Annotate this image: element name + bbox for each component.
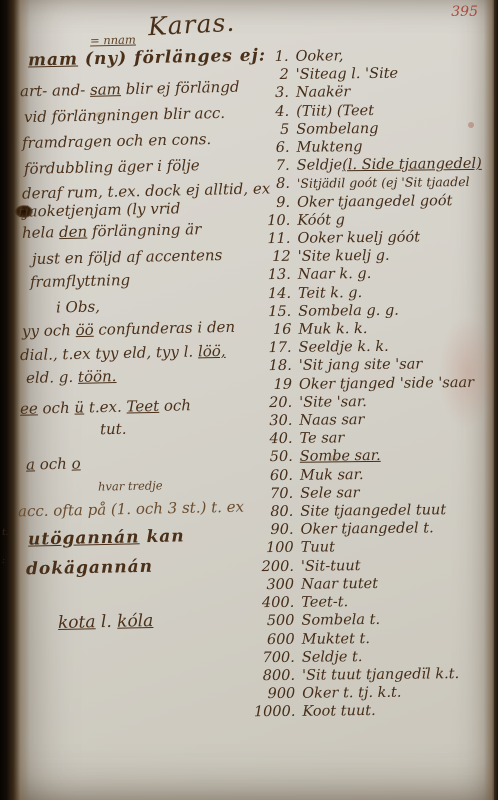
note-text: ü [74, 398, 84, 416]
note-text: yy och [22, 321, 76, 340]
note-line: kota l. kóla [58, 611, 154, 633]
list-number: 14. [249, 284, 298, 303]
note-line: ee och ü t.ex. Teet och [20, 396, 191, 418]
list-number: 8. [248, 175, 297, 194]
list-number: 30. [250, 412, 299, 431]
note-line: tjaoketjenjam (ly vrid [18, 199, 181, 220]
note-line: utögannán kan [28, 526, 185, 549]
page-number: 395 [451, 4, 478, 20]
note-text: Teet [126, 397, 159, 416]
note-line: fördubbling äger i följe [24, 156, 200, 178]
list-text: Naar k. g. [298, 265, 372, 284]
list-number: 9. [248, 193, 297, 212]
list-text: Sombelang [296, 120, 378, 139]
note-text: förlängning är [87, 220, 201, 240]
list-number: 700. [253, 648, 302, 667]
numeral-list: 1.Ooker, 2'Siteag l. 'Site 3.Naakër 4.(T… [246, 46, 495, 722]
list-number: 800. [253, 667, 302, 686]
list-text: Sele sar [300, 484, 360, 503]
list-number: 70. [251, 485, 300, 504]
list-number: 200. [252, 557, 301, 576]
list-text: Ooker, [295, 47, 343, 66]
list-number: 60. [251, 466, 300, 485]
list-number: 40. [250, 430, 299, 449]
list-text: Te sar [299, 430, 344, 449]
list-text: Muk k. k. [298, 320, 367, 339]
note-line: eld. g. töön. [26, 367, 117, 387]
list-text: Mukteng [296, 138, 362, 157]
list-text: Oker tjanged 'side 'saar [299, 374, 474, 394]
note-text: confunderas i den [93, 318, 235, 339]
note-text: öö [75, 321, 93, 339]
list-number: 11. [248, 230, 297, 249]
note-text: blir ej förlängd [121, 78, 240, 98]
list-number: 7. [248, 157, 297, 176]
list-number: 1. [246, 48, 295, 67]
list-text: Oker tjaangedel t. [300, 520, 433, 540]
list-text: Oker t. tj. k.t. [302, 684, 401, 703]
list-text: 'Sit-tuut [301, 557, 361, 576]
list-number: 80. [251, 503, 300, 522]
list-number: 4. [247, 102, 296, 121]
list-text: Ooker kuelj góót [297, 229, 420, 248]
list-text: Seldje t. [302, 648, 363, 667]
note-line: dokägannán [26, 557, 153, 580]
note-text: utögannán [28, 527, 140, 549]
list-number: 2 [247, 66, 296, 85]
list-text: Seeldje k. k. [299, 338, 389, 357]
list-text: 'Sitjädil goót (ej 'Sit tjaadel [297, 173, 470, 193]
note-text: (ny) förlänges ej: [78, 46, 266, 70]
note-text: och [38, 399, 75, 418]
list-text: Muk sar. [300, 466, 364, 485]
list-row: 8.'Sitjädil goót (ej 'Sit tjaadel [248, 173, 490, 194]
list-number: 12 [249, 248, 298, 267]
list-number: 20. [250, 394, 299, 413]
margin-fragment: t. [2, 528, 8, 538]
list-number: 6. [247, 139, 296, 158]
list-number: 16 [249, 321, 298, 340]
note-text: töön. [78, 367, 117, 386]
list-text: Teet-t. [301, 593, 348, 612]
note-superscript: = nnam [90, 33, 136, 48]
list-text: Oker tjaangedel goót [297, 192, 452, 212]
list-number: 10. [248, 212, 297, 231]
list-text: Muktet t. [302, 630, 370, 649]
page-title: Karas. [147, 8, 236, 42]
list-number: 400. [252, 594, 301, 613]
list-number: 5 [247, 121, 296, 140]
note-text: löö, [198, 342, 226, 361]
list-text: Site tjaangedel tuut [300, 501, 446, 521]
list-text: Teit k. g. [298, 284, 362, 303]
list-number: 3. [247, 84, 296, 103]
note-text: dial., t.ex tyy eld, tyy l. [20, 342, 198, 364]
note-text: kan [139, 526, 184, 547]
list-text: 'Site 'sar. [299, 393, 367, 412]
list-text: 'Sit tuut tjangedïl k.t. [302, 665, 459, 685]
note-text: kóla [117, 611, 154, 632]
note-line: i Obs, [56, 298, 100, 317]
note-line: hela den förlängning är [22, 220, 202, 242]
note-text: l. [95, 612, 117, 632]
list-text: 'Siteag l. 'Site [296, 65, 399, 84]
note-text: o [71, 454, 80, 472]
list-text: Tuut [301, 539, 335, 558]
list-text: Kóót g [297, 211, 345, 230]
list-row: 1000.Koot tuut. [253, 701, 495, 722]
list-text: Sombela t. [301, 611, 380, 630]
note-line: tut. [100, 420, 127, 439]
note-text: och [35, 455, 72, 474]
list-text: Naar tutet [301, 575, 378, 594]
list-number: 1000. [253, 703, 302, 722]
list-number: 15. [249, 303, 298, 322]
list-number: 13. [249, 266, 298, 285]
note-text: hela [22, 223, 59, 242]
list-text: Koot tuut. [302, 702, 375, 721]
note-text: kota [58, 612, 96, 633]
list-number: 900 [253, 685, 302, 704]
list-number: 300 [252, 576, 301, 595]
list-text: Seldje [297, 157, 343, 176]
list-number: 500 [252, 612, 301, 631]
list-number: 19 [250, 375, 299, 394]
list-number: 600 [253, 630, 302, 649]
list-row: 19Oker tjanged 'side 'saar [250, 373, 492, 394]
note-text: t.ex. [84, 398, 127, 417]
list-text: 'Sit jang site 'sar [299, 356, 423, 375]
list-text: Sombela g. g. [298, 302, 399, 321]
list-text: Sombe sar. [300, 447, 381, 466]
list-text: 'Site kuelj g. [298, 247, 390, 266]
list-number: 18. [250, 357, 299, 376]
note-text: eld. g. [26, 368, 78, 387]
note-text: art- and- [20, 81, 90, 100]
margin-fragment: : [2, 556, 5, 566]
list-number: 17. [250, 339, 299, 358]
note-text: sam [90, 80, 121, 99]
note-text: den [59, 223, 88, 242]
list-text: (Tiit) (Teet [296, 102, 374, 121]
list-text: Naakër [296, 84, 350, 103]
note-text: ee [20, 399, 38, 417]
note-text: a [26, 455, 35, 473]
list-number: 100 [252, 539, 301, 558]
manuscript-photo: 395 Karas. = nnam mam (ny) förlänges ej:… [0, 0, 498, 800]
note-text: mam [28, 49, 78, 70]
list-row: 800.'Sit tuut tjangedïl k.t. [253, 665, 495, 686]
note-line: a och o [26, 454, 81, 473]
note-line: hvar tredje [98, 478, 163, 493]
list-number: 90. [251, 521, 300, 540]
list-text: (l. Side tjaangedel) [342, 155, 482, 175]
list-number: 50. [251, 448, 300, 467]
note-line: framflyttning [30, 271, 131, 291]
list-text: Naas sar [299, 411, 364, 430]
note-text: och [159, 396, 191, 415]
